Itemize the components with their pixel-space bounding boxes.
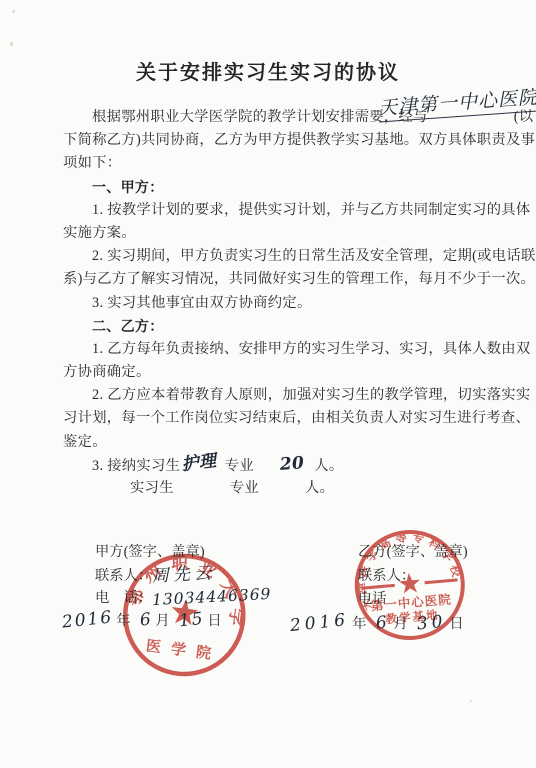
- body-line: 2. 实习期间，甲方负责实习生的日常生活及安全管理，定期(或电话联: [63, 245, 495, 268]
- body-line: 习计划，每一个工作岗位实习结束后，由相关负责人对实习生进行考查、: [63, 407, 495, 430]
- body-line: 下简称乙方)共同协商，乙方为甲方提供教学实习基地。双方具体职责及事: [63, 129, 495, 152]
- party-a-contact-label: 联系人：: [95, 568, 152, 584]
- accept-line-mid: 专业: [225, 458, 254, 474]
- handwritten-phone-number: 13034446369: [152, 583, 272, 612]
- handwritten-month: 6: [138, 608, 153, 632]
- document-title: 关于安排实习生实习的协议: [0, 56, 536, 85]
- body-line: 鉴定。: [63, 431, 495, 454]
- handwritten-year: 2016: [61, 606, 114, 634]
- body-line: 方协商确定。: [63, 361, 495, 384]
- body-line: 2. 乙方应本着带教育人原则，加强对实习生的教学管理，切实落实实: [63, 384, 495, 407]
- party-a-title: 甲方(签字、盖章): [95, 541, 272, 564]
- party-a-date-line: 2016年6月15日: [62, 609, 272, 632]
- party-b-date-line: 2016年6月30日: [290, 612, 468, 636]
- body-line: 3. 实习其他事宜由双方协商约定。: [63, 292, 495, 315]
- handwritten-intern-count: 20: [279, 452, 305, 477]
- scan-speck: [12, 10, 15, 13]
- accept-line-pre: 3. 接纳实习生: [92, 458, 180, 474]
- scan-speck: [470, 700, 472, 702]
- party-a-phone-label: 电 话：: [95, 590, 152, 606]
- day-label: 日: [449, 616, 463, 632]
- party-b-signature-block: 乙方(签字、盖章) 联系人： 电话 2016年6月30日: [358, 541, 468, 635]
- month-label: 月: [393, 616, 407, 632]
- blank-interns-line: 实习生专业人。: [63, 477, 495, 500]
- section-1-heading: 一、甲方：: [63, 176, 495, 199]
- intro-pre-text: 根据鄂州职业大学医学院的教学计划安排需要，经与: [92, 109, 428, 125]
- party-b-phone-label: 电话: [358, 591, 387, 607]
- month-label: 月: [155, 613, 169, 629]
- body-line: 实施方案。: [63, 222, 495, 245]
- handwritten-contact-name: 周先云: [152, 562, 216, 588]
- agreement-body: 根据鄂州职业大学医学院的教学计划安排需要，经与(以 下简称乙方)共同协商，乙方为…: [63, 106, 495, 500]
- seal-bottom-text: 医 学 院: [145, 637, 215, 663]
- accept-interns-line: 3. 接纳实习生护理专业20人。: [63, 454, 495, 477]
- party-b-title: 乙方(签字、盖章): [358, 541, 468, 565]
- day-label: 日: [207, 613, 221, 629]
- handwritten-day: 15: [178, 607, 206, 632]
- handwritten-major: 护理: [181, 450, 218, 477]
- year-label: 年: [116, 613, 130, 629]
- accept-line-post: 人。: [314, 458, 343, 474]
- body-line: 1. 按教学计划的要求，提供实习计划，并与乙方共同制定实习的具体: [63, 199, 495, 222]
- body-line: 系)与乙方了解实习情况，共同做好实习生的管理工作，每月不少于一次。: [63, 268, 495, 291]
- body-line: 1. 乙方每年负责接纳、安排甲方的实习生学习、实习，具体人数由双: [63, 338, 495, 361]
- handwritten-year: 2016: [289, 608, 350, 638]
- section-2-heading: 二、乙方：: [63, 315, 495, 338]
- blank-line-t1: 实习生: [130, 480, 174, 496]
- handwritten-day: 30: [416, 610, 448, 636]
- scanned-agreement-page: 关于安排实习生实习的协议 天津第一中心医院 根据鄂州职业大学医学院的教学计划安排…: [0, 0, 536, 768]
- body-line: 项如下：: [63, 152, 495, 175]
- party-b-contact-label: 联系人：: [358, 568, 415, 584]
- handwritten-month: 6: [374, 611, 391, 636]
- blank-line-t2: 专业: [230, 480, 259, 496]
- party-a-signature-block: 甲方(签字、盖章) 联系人：周先云 电 话：13034446369 2016年6…: [95, 541, 272, 631]
- scan-speck: [10, 42, 13, 46]
- blank-line-t3: 人。: [305, 480, 334, 496]
- year-label: 年: [352, 616, 366, 632]
